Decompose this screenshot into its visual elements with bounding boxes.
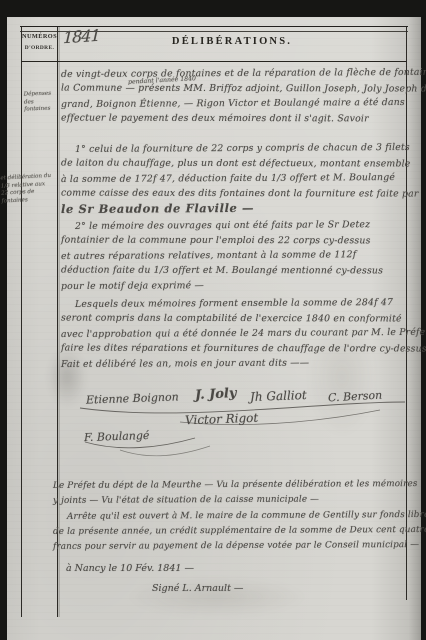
handwritten-year: 1841 <box>63 26 100 48</box>
handwritten-line: la Commune — présents MM. Briffoz adjoin… <box>61 81 406 97</box>
handwritten-line: Lesquels deux mémoires forment ensemble … <box>61 295 406 312</box>
margin-note-top: Dépenses des fontaines <box>24 90 58 114</box>
table-left-rule <box>21 27 22 617</box>
scanned-register-photo: { "page": { "year_annotation": "1841", "… <box>0 0 426 640</box>
deliberation-item-2: 2° le mémoire des ouvrages qui ont été f… <box>61 218 406 293</box>
deliberation-item-1: 1° celui de la fourniture de 22 corps y … <box>61 141 406 216</box>
deliberation-closing: Lesquels deux mémoires forment ensemble … <box>61 296 406 371</box>
handwritten-line: fontainier de la commune pour l'emploi d… <box>61 233 406 249</box>
handwritten-line: y joints — Vu l'état de situation de la … <box>53 492 409 509</box>
signed-by-line: Signé L. Arnault — <box>152 583 243 594</box>
margin-note-middle: et délibération du 1/3 relative aux 22 c… <box>0 172 61 205</box>
handwritten-line: pour le motif deja exprimé — <box>61 277 406 294</box>
header-bottom-rule <box>21 61 407 65</box>
ordre-label: D'ORDRE. <box>22 45 57 51</box>
handwritten-line: francs pour servir au payement de la dép… <box>53 538 409 555</box>
numeros-column-header: NUMÉROS D'ORDRE. <box>22 33 57 51</box>
handwritten-line: Fait et délibéré les an, mois en jour av… <box>61 355 406 372</box>
deliberation-paragraph-1: de vingt-deux corps de fontaines et de l… <box>61 66 406 126</box>
handwritten-line: de vingt-deux corps de fontaines et de l… <box>61 65 406 82</box>
date-place-line: à Nancy le 10 Fév. 1841 — <box>66 563 194 574</box>
deliberations-title: DÉLIBÉRATIONS. <box>58 36 406 47</box>
handwritten-line: Arrête qu'il est ouvert à M. le maire de… <box>53 508 409 525</box>
handwritten-line: 1° celui de la fourniture de 22 corps y … <box>61 140 406 157</box>
numeros-label: NUMÉROS <box>22 33 57 40</box>
signature-f-boulange: F. Boulangé <box>84 429 150 444</box>
signature-j-joly: J. Joly <box>195 386 237 403</box>
handwritten-line: seront compris dans la comptabilité de l… <box>61 311 406 327</box>
handwritten-line: le Sr Beaudon de Flaville — <box>61 200 406 217</box>
handwritten-line: de laiton du chauffage, plus un dont est… <box>61 156 406 172</box>
handwritten-line: 2° le mémoire des ouvrages qui ont été f… <box>61 217 406 234</box>
signature-victor-rigot: Victor Rigot <box>185 411 259 428</box>
signature-jh-galliot: Jh Galliot <box>250 388 307 404</box>
prefect-decision-paragraph: Le Préfet du dépt de la Meurthe — Vu la … <box>53 478 409 554</box>
handwritten-line: effectuer le payement des deux mémoires … <box>61 111 406 127</box>
